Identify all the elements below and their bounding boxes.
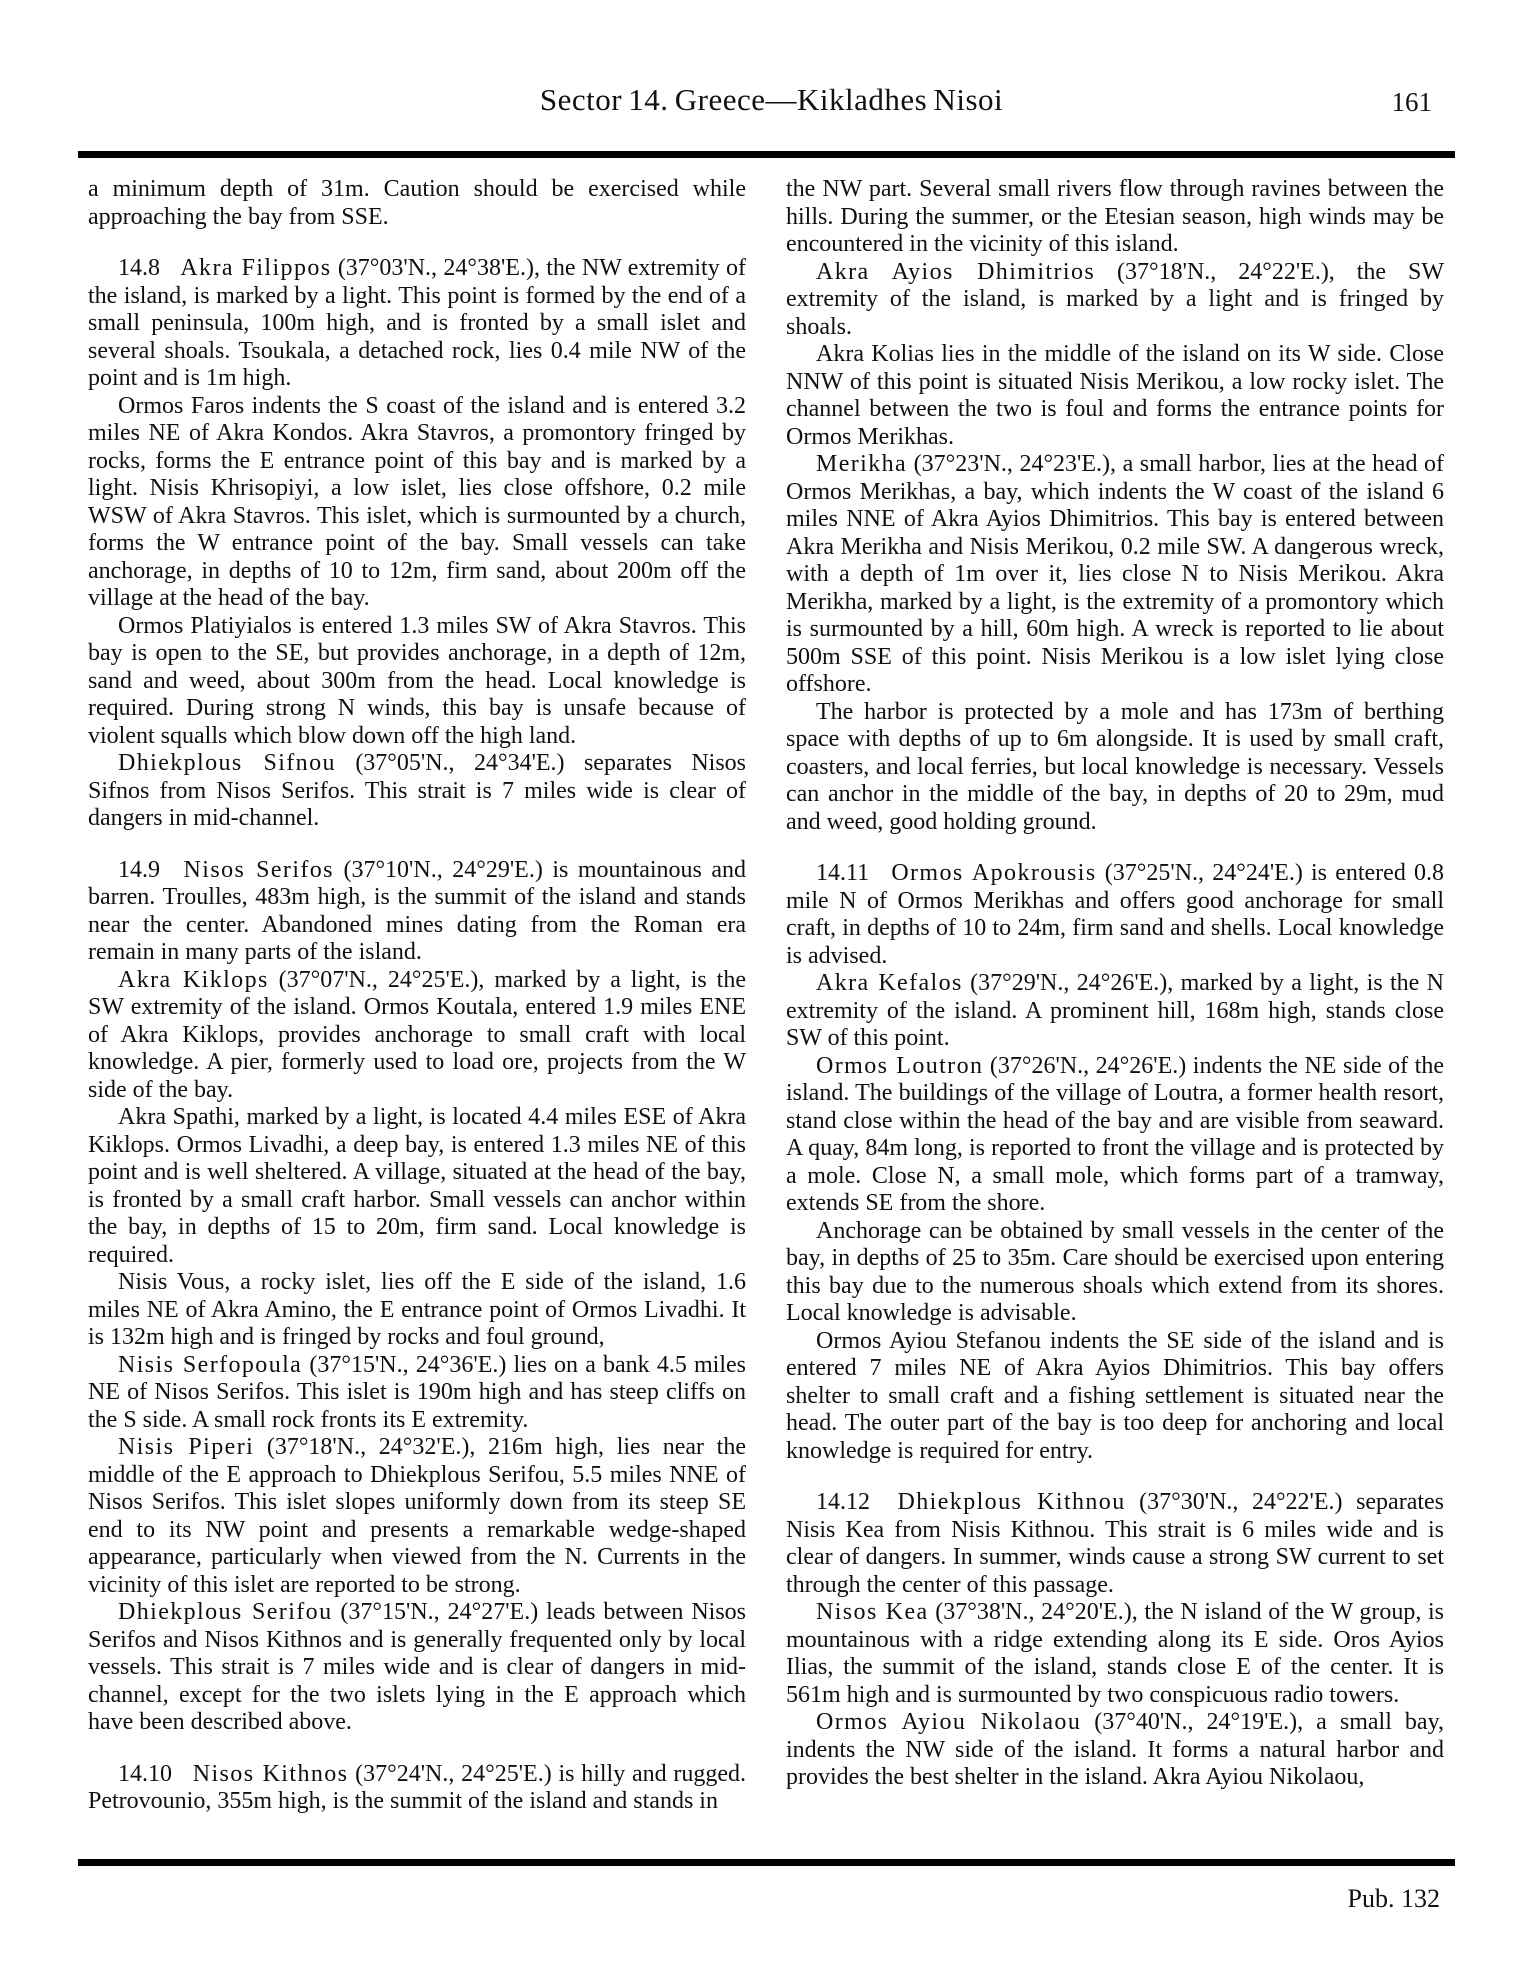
feature-name: Dhiekplous Kithnou <box>898 1489 1126 1515</box>
paragraph: Merikha (37°23'N., 24°23'E.), a small ha… <box>786 451 1444 699</box>
paragraph: a minimum depth of 31m. Caution should b… <box>88 176 746 231</box>
paragraph: Dhiekplous Sifnou (37°05'N., 24°34'E.) s… <box>88 750 746 833</box>
body-text: The harbor is protected by a mole and ha… <box>786 699 1444 835</box>
feature-name: Ormos Ayiou Nikolaou <box>816 1709 1081 1735</box>
paragraph: Akra Spathi, marked by a light, is locat… <box>88 1104 746 1269</box>
body-text: Anchorage can be obtained by small vesse… <box>786 1218 1444 1327</box>
feature-name: Nisos Kithnos <box>193 1761 349 1787</box>
body-text: (37°23'N., 24°23'E.), a small harbor, li… <box>786 451 1444 697</box>
paragraph: the NW part. Several small rivers flow t… <box>786 176 1444 259</box>
section-number: 14.8 <box>118 255 174 281</box>
content-columns: a minimum depth of 31m. Caution should b… <box>88 176 1444 1854</box>
section-paragraph: 14.8 Akra Filippos (37°03'N., 24°38'E.),… <box>88 255 746 393</box>
paragraph: Nisos Kea (37°38'N., 24°20'E.), the N is… <box>786 1599 1444 1709</box>
paragraph: Anchorage can be obtained by small vesse… <box>786 1218 1444 1328</box>
page-title: Sector 14. Greece—Kikladhes Nisoi <box>88 82 1455 118</box>
feature-name: Akra Ayios Dhimitrios <box>816 259 1095 285</box>
body-text: (37°25'N., 24°24'E.) is entered 0.8 mile… <box>786 860 1444 969</box>
left-column: a minimum depth of 31m. Caution should b… <box>88 176 746 1854</box>
paragraph: Nisis Vous, a rocky islet, lies off the … <box>88 1269 746 1352</box>
paragraph: Akra Kefalos (37°29'N., 24°26'E.), marke… <box>786 970 1444 1053</box>
feature-name: Ormos Apokrousis <box>891 860 1096 886</box>
feature-name: Dhiekplous Serifou <box>118 1599 332 1625</box>
section-number: 14.11 <box>816 860 883 886</box>
paragraph: Ormos Loutron (37°26'N., 24°26'E.) inden… <box>786 1053 1444 1218</box>
header-rule <box>78 151 1455 158</box>
paragraph: Nisis Piperi (37°18'N., 24°32'E.), 216m … <box>88 1434 746 1599</box>
feature-name: Akra Filippos <box>180 255 331 281</box>
section-paragraph: 14.12 Dhiekplous Kithnou (37°30'N., 24°2… <box>786 1489 1444 1599</box>
footer-rule <box>78 1859 1455 1866</box>
body-text: the NW part. Several small rivers flow t… <box>786 176 1444 257</box>
section-number: 14.9 <box>118 857 174 883</box>
body-text: Nisis Vous, a rocky islet, lies off the … <box>88 1269 746 1350</box>
body-text: (37°24'N., 24°25'E.) is hilly and rugged… <box>88 1761 746 1815</box>
right-column: the NW part. Several small rivers flow t… <box>786 176 1444 1854</box>
section-number: 14.12 <box>816 1489 884 1515</box>
paragraph: Ormos Faros indents the S coast of the i… <box>88 393 746 613</box>
paragraph: Akra Kiklops (37°07'N., 24°25'E.), marke… <box>88 967 746 1105</box>
section-paragraph: 14.10 Nisos Kithnos (37°24'N., 24°25'E.)… <box>88 1761 746 1816</box>
feature-name: Ormos Loutron <box>816 1053 983 1079</box>
feature-name: Nisis Piperi <box>118 1434 254 1460</box>
feature-name: Nisos Kea <box>816 1599 929 1625</box>
feature-name: Nisos Serifos <box>184 857 334 883</box>
section-number: 14.10 <box>118 1761 186 1787</box>
feature-name: Dhiekplous Sifnou <box>118 750 336 776</box>
body-text: Akra Spathi, marked by a light, is locat… <box>88 1104 746 1268</box>
paragraph: Dhiekplous Serifou (37°15'N., 24°27'E.) … <box>88 1599 746 1737</box>
paragraph: Akra Kolias lies in the middle of the is… <box>786 341 1444 451</box>
feature-name: Merikha <box>816 451 907 477</box>
section-paragraph: 14.11 Ormos Apokrousis (37°25'N., 24°24'… <box>786 860 1444 970</box>
body-text: Ormos Platiyialos is entered 1.3 miles S… <box>88 613 746 749</box>
paragraph: Ormos Platiyialos is entered 1.3 miles S… <box>88 613 746 751</box>
section-paragraph: 14.9 Nisos Serifos (37°10'N., 24°29'E.) … <box>88 857 746 967</box>
publication-number: Pub. 132 <box>1348 1884 1440 1914</box>
feature-name: Akra Kefalos <box>816 970 963 996</box>
body-text: Ormos Ayiou Stefanou indents the SE side… <box>786 1328 1444 1464</box>
paragraph: Ormos Ayiou Nikolaou (37°40'N., 24°19'E.… <box>786 1709 1444 1792</box>
body-text: a minimum depth of 31m. Caution should b… <box>88 176 746 230</box>
paragraph: The harbor is protected by a mole and ha… <box>786 699 1444 837</box>
document-page: Sector 14. Greece—Kikladhes Nisoi 161 a … <box>0 0 1530 1980</box>
feature-name: Akra Kiklops <box>118 967 269 993</box>
body-text: Ormos Faros indents the S coast of the i… <box>88 393 746 612</box>
feature-name: Nisis Serfopoula <box>118 1352 302 1378</box>
paragraph: Akra Ayios Dhimitrios (37°18'N., 24°22'E… <box>786 259 1444 342</box>
body-text: Akra Kolias lies in the middle of the is… <box>786 341 1444 450</box>
page-number: 161 <box>1392 87 1433 118</box>
paragraph: Ormos Ayiou Stefanou indents the SE side… <box>786 1328 1444 1466</box>
paragraph: Nisis Serfopoula (37°15'N., 24°36'E.) li… <box>88 1352 746 1435</box>
